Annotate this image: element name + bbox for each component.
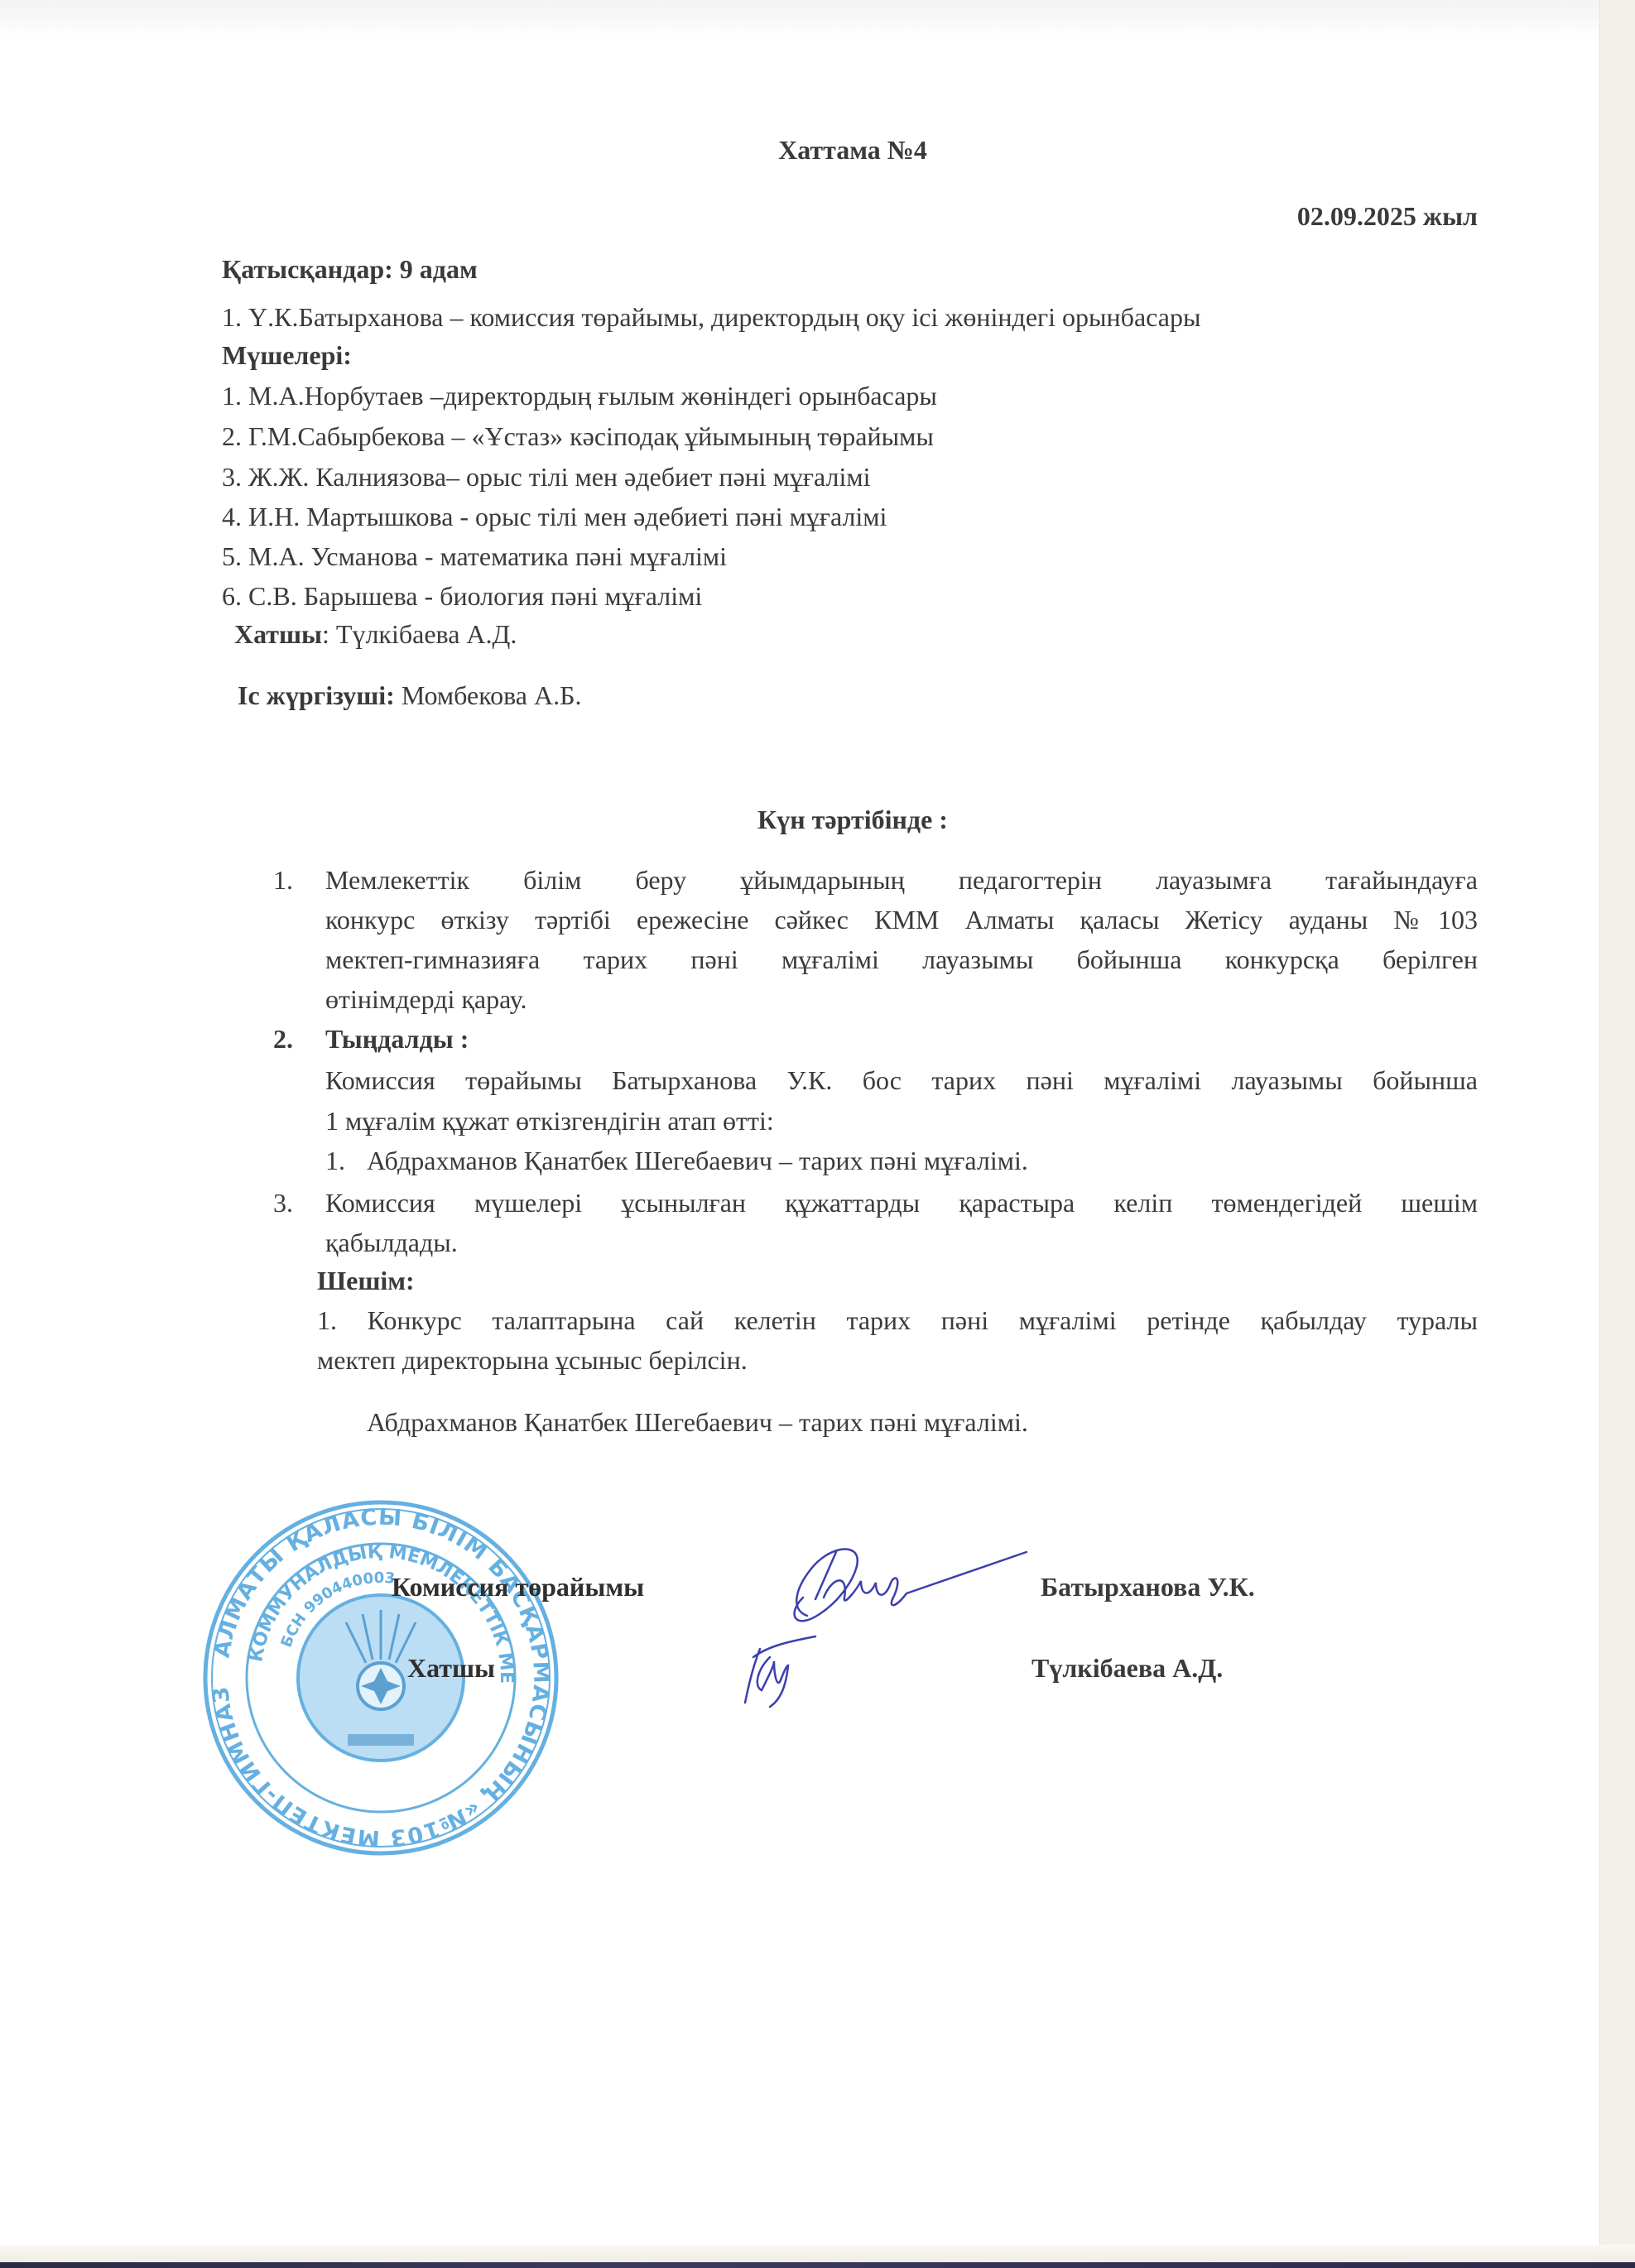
agenda-item3-line: қабылдады. — [325, 1226, 1478, 1259]
agenda-item1-line: конкурс өткізу тәртібі ережесіне сәйкес … — [325, 903, 1478, 936]
clerk-label: Іс жүргізуші: — [238, 680, 395, 710]
chair-signature-icon — [778, 1540, 1043, 1631]
secretary-line: Хатшы: Түлкібаева А.Д. — [234, 617, 517, 651]
decision-line: мектеп директорына ұсыныс берілсін. — [317, 1343, 1478, 1377]
agenda-heading: Күн тәртібінде : — [0, 805, 1635, 835]
signature-name: Түлкібаева А.Д. — [1031, 1651, 1223, 1684]
agenda-item1-line: өтінімдерді қарау. — [325, 983, 1478, 1016]
participants-label: Қатысқандар: 9 адам — [222, 252, 478, 286]
member-item: 5. М.А. Усманова - математика пәні мұғал… — [222, 540, 727, 573]
member-item: 3. Ж.Ж. Калниязова– орыс тілі мен әдебие… — [222, 460, 871, 493]
clerk-value: Момбекова А.Б. — [395, 680, 582, 710]
agenda-item3-line: Комиссия мүшелері ұсынылған құжаттарды қ… — [325, 1186, 1478, 1219]
official-stamp-icon: АЛМАТЫ ҚАЛАСЫ БІЛІМ БАСҚАРМАСЫНЫҢ «№103 … — [197, 1494, 565, 1862]
agenda-item1-line: Мемлекеттік білім беру ұйымдарының педаг… — [325, 863, 1478, 896]
signature-name: Батырханова У.К. — [1041, 1570, 1255, 1603]
secretary-signature-icon — [729, 1624, 828, 1719]
document-title: Хаттама №4 — [0, 135, 1635, 166]
heard-heading: Тыңдалды : — [325, 1022, 469, 1055]
scan-edge-right — [1599, 0, 1635, 2261]
agenda-item2-line: Комиссия төрайымы Батырханова У.К. бос т… — [325, 1064, 1478, 1097]
members-label: Мүшелері: — [222, 339, 352, 372]
commission-chair: 1. Ү.К.Батырханова – комиссия төрайымы, … — [222, 300, 1200, 334]
decision-line: 1. Конкурс талаптарына сай келетін тарих… — [317, 1304, 1478, 1337]
secretary-value: : Түлкібаева А.Д. — [322, 619, 517, 649]
clerk-line: Іс жүргізуші: Момбекова А.Б. — [238, 679, 581, 712]
document-date: 02.09.2025 жыл — [1297, 201, 1478, 232]
scan-edge-bottom — [0, 2245, 1635, 2263]
candidate-item: Абдрахманов Қанатбек Шегебаевич – тарих … — [367, 1144, 1028, 1177]
agenda-item-number: 2. — [273, 1022, 293, 1055]
secretary-label: Хатшы — [234, 619, 322, 649]
agenda-item-number: 1. — [273, 863, 293, 896]
decision-label: Шешім: — [317, 1264, 415, 1297]
member-item: 2. Г.М.Сабырбекова – «Ұстаз» кәсіподақ ұ… — [222, 420, 934, 453]
member-item: 1. М.А.Норбутаев –директордың ғылым жөні… — [222, 379, 937, 412]
agenda-item-number: 3. — [273, 1186, 293, 1219]
agenda-item1-line: мектеп-гимназияға тарих пәні мұғалімі ла… — [325, 943, 1478, 976]
member-item: 4. И.Н. Мартышкова - орыс тілі мен әдеби… — [222, 500, 887, 533]
scan-border-line — [0, 2262, 1635, 2268]
signature-role: Хатшы — [407, 1651, 495, 1684]
closing-line: Абдрахманов Қанатбек Шегебаевич – тарих … — [367, 1405, 1028, 1439]
agenda-item2-line: 1 мұғалім құжат өткізгендігін атап өтті: — [325, 1104, 1478, 1137]
candidate-number: 1. — [325, 1144, 345, 1177]
signature-role: Комиссия төрайымы — [392, 1570, 644, 1603]
member-item: 6. С.В. Барышева - биология пәні мұғалім… — [222, 579, 702, 613]
